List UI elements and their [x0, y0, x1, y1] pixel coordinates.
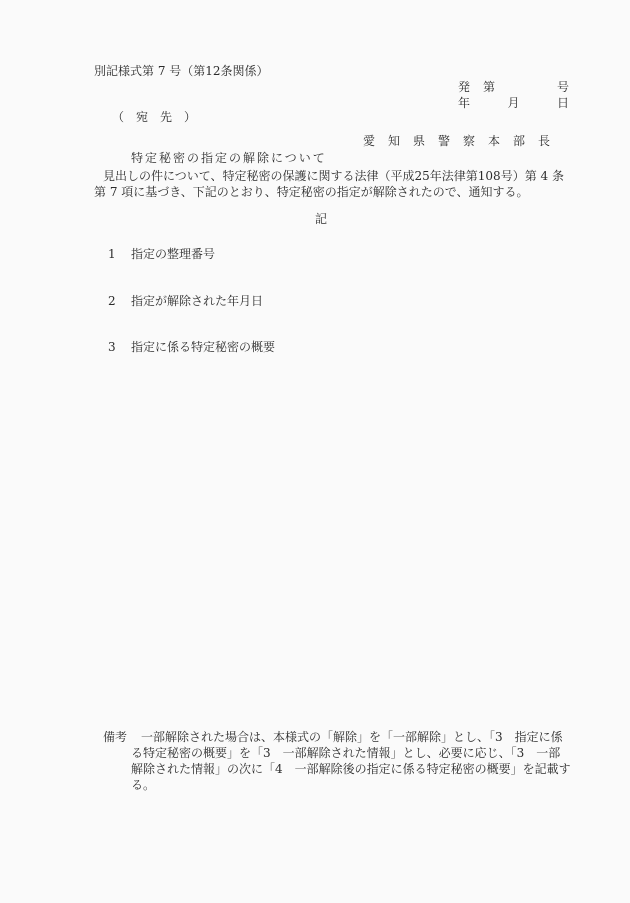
addressee-placeholder: （ 宛 先 ） — [112, 110, 196, 124]
remarks-line-2: る特定秘密の概要」を「3 一部解除された情報」とし、必要に応じ、「3 一部 — [131, 745, 583, 761]
remarks-note: 備考 一部解除された場合は、本様式の「解除」を「一部解除」とし、「3 指定に係 … — [103, 729, 583, 793]
list-item-3: 3 指定に係る特定秘密の概要 — [108, 340, 275, 354]
item-2-number: 2 — [108, 294, 116, 308]
date-month: 月 — [507, 96, 519, 110]
item-1-label: 指定の整理番号 — [131, 247, 215, 261]
body-line-2: 第 7 項に基づき、下記のとおり、特定秘密の指定が解除されたので、通知する。 — [94, 184, 564, 200]
issue-prefix: 発 — [458, 80, 470, 94]
date-day: 日 — [557, 96, 569, 110]
form-number-label: 別記様式第 7 号（第12条関係） — [94, 64, 269, 78]
remarks-label: 備考 — [103, 729, 127, 745]
item-1-number: 1 — [108, 247, 116, 261]
remarks-line-1: 一部解除された場合は、本様式の「解除」を「一部解除」とし、「3 指定に係 — [131, 729, 583, 745]
document-page: { "document": { "form_label": "別記様式第 7 号… — [0, 0, 630, 903]
date-year: 年 — [458, 96, 470, 110]
remarks-line-4: る。 — [131, 777, 583, 793]
list-item-1: 1 指定の整理番号 — [108, 247, 215, 261]
item-3-number: 3 — [108, 340, 116, 354]
date-line: 年 月 日 — [458, 96, 569, 110]
issue-suffix: 号 — [557, 80, 569, 94]
body-line-1: 見出しの件について、特定秘密の保護に関する法律（平成25年法律第108号）第 4… — [94, 168, 564, 184]
issue-number-line: 発 第 号 — [458, 80, 569, 94]
body-paragraph: 見出しの件について、特定秘密の保護に関する法律（平成25年法律第108号）第 4… — [94, 168, 564, 200]
issue-dai: 第 — [483, 80, 495, 94]
sender-name: 愛知県警察本部長 — [363, 134, 563, 148]
remarks-line-3: 解除された情報」の次に「4 一部解除後の指定に係る特定秘密の概要」を記載す — [131, 761, 583, 777]
remarks-text: 一部解除された場合は、本様式の「解除」を「一部解除」とし、「3 指定に係 る特定… — [131, 729, 583, 793]
list-item-2: 2 指定が解除された年月日 — [108, 294, 263, 308]
item-3-label: 指定に係る特定秘密の概要 — [131, 340, 275, 354]
ki-marker: 記 — [315, 212, 327, 226]
document-title: 特定秘密の指定の解除について — [131, 151, 327, 165]
item-2-label: 指定が解除された年月日 — [131, 294, 263, 308]
